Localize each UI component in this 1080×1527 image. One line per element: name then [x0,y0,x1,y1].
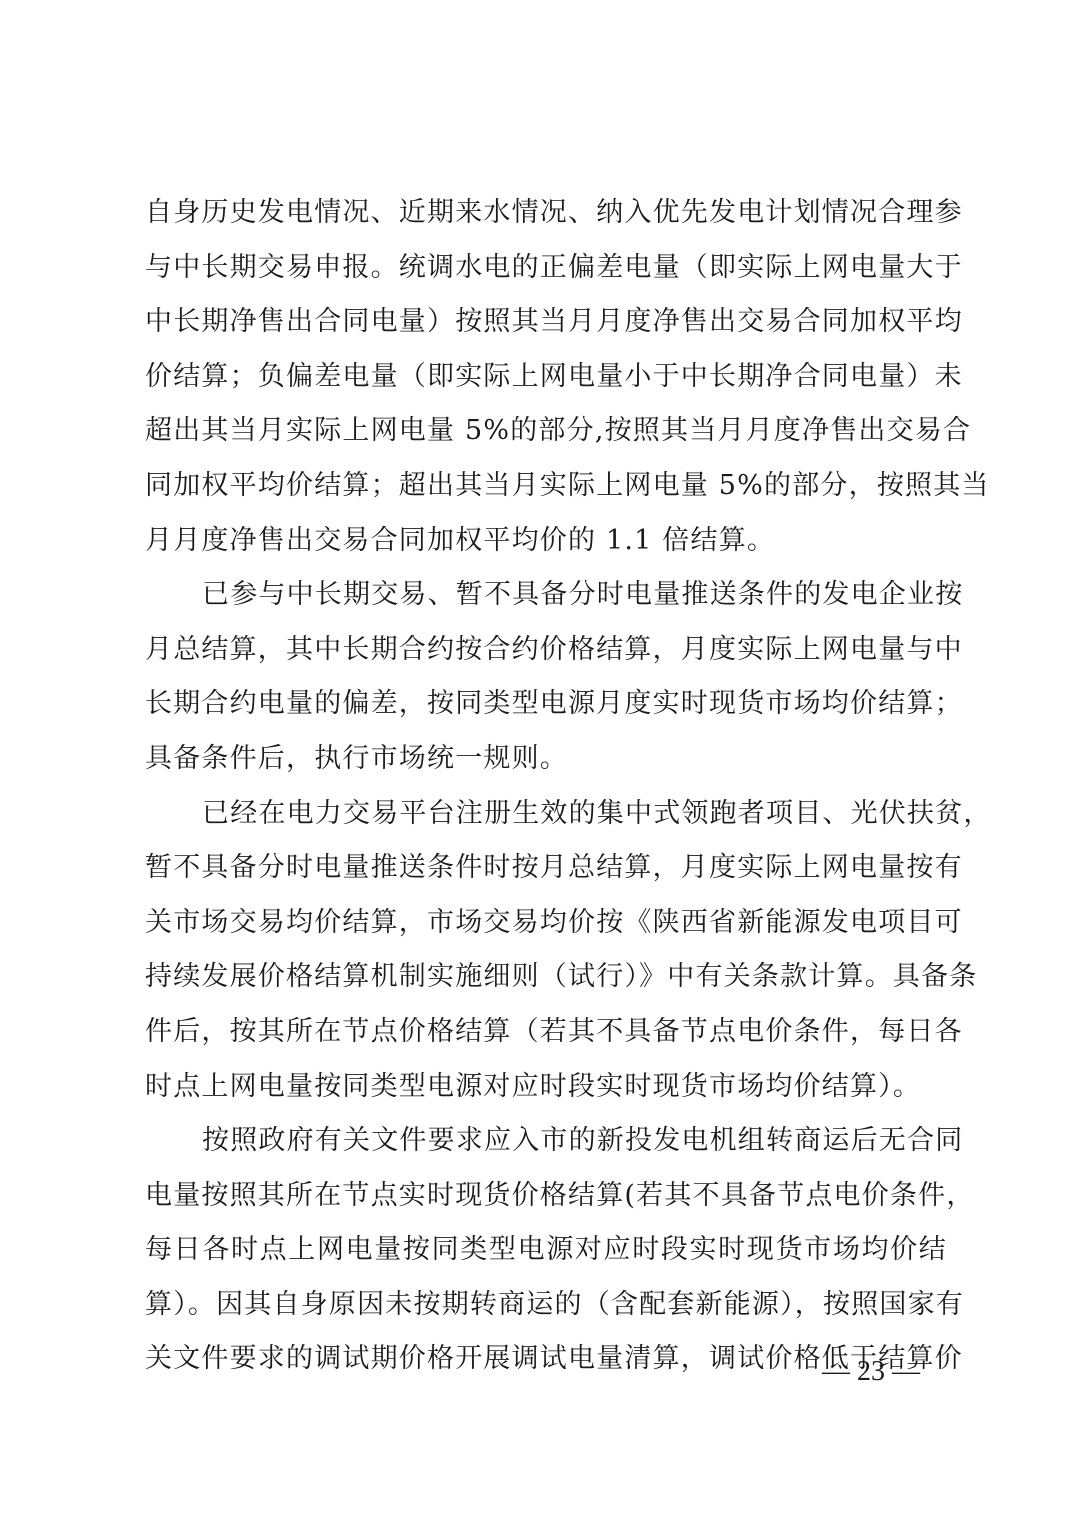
document-page: 自身历史发电情况、近期来水情况、纳入优先发电计划情况合理参 与中长期交易申报。统… [0,0,1080,1527]
text-line: 价结算；负偏差电量（即实际上网电量小于中长期净合同电量）未 [145,350,947,405]
text-line: 电量按照其所在节点实时现货价格结算(若其不具备节点电价条件， [145,1169,947,1224]
text-line: 每日各时点上网电量按同类型电源对应时段实时现货市场均价结 [145,1223,947,1278]
paragraph-first-line: 按照政府有关文件要求应入市的新投发电机组转商运后无合同 [145,1114,947,1169]
text-line: 具备条件后，执行市场统一规则。 [145,732,947,787]
text-line: 月总结算，其中长期合约按合约价格结算，月度实际上网电量与中 [145,623,947,678]
text-line: 持续发展价格结算机制实施细则（试行）》中有关条款计算。具备条 [145,950,947,1005]
page-number: — 23 — [822,1356,920,1388]
text-line: 超出其当月实际上网电量 5%的部分,按照其当月月度净售出交易合 [145,404,947,459]
text-line: 关市场交易均价结算，市场交易均价按《陕西省新能源发电项目可 [145,896,947,951]
text-line: 月月度净售出交易合同加权平均价的 1.1 倍结算。 [145,514,947,569]
text-line: 时点上网电量按同类型电源对应时段实时现货市场均价结算）。 [145,1060,947,1115]
text-line: 自身历史发电情况、近期来水情况、纳入优先发电计划情况合理参 [145,186,947,241]
text-line: 件后，按其所在节点价格结算（若其不具备节点电价条件，每日各 [145,1005,947,1060]
paragraph-first-line: 已参与中长期交易、暂不具备分时电量推送条件的发电企业按 [145,568,947,623]
body-text: 自身历史发电情况、近期来水情况、纳入优先发电计划情况合理参 与中长期交易申报。统… [145,186,947,1387]
text-line: 中长期净售出合同电量）按照其当月月度净售出交易合同加权平均 [145,295,947,350]
paragraph-first-line: 已经在电力交易平台注册生效的集中式领跑者项目、光伏扶贫， [145,787,947,842]
text-line: 长期合约电量的偏差，按同类型电源月度实时现货市场均价结算； [145,677,947,732]
text-line: 与中长期交易申报。统调水电的正偏差电量（即实际上网电量大于 [145,241,947,296]
text-line: 算）。因其自身原因未按期转商运的（含配套新能源），按照国家有 [145,1278,947,1333]
text-line: 暂不具备分时电量推送条件时按月总结算，月度实际上网电量按有 [145,841,947,896]
text-line: 同加权平均价结算；超出其当月实际上网电量 5%的部分，按照其当 [145,459,947,514]
